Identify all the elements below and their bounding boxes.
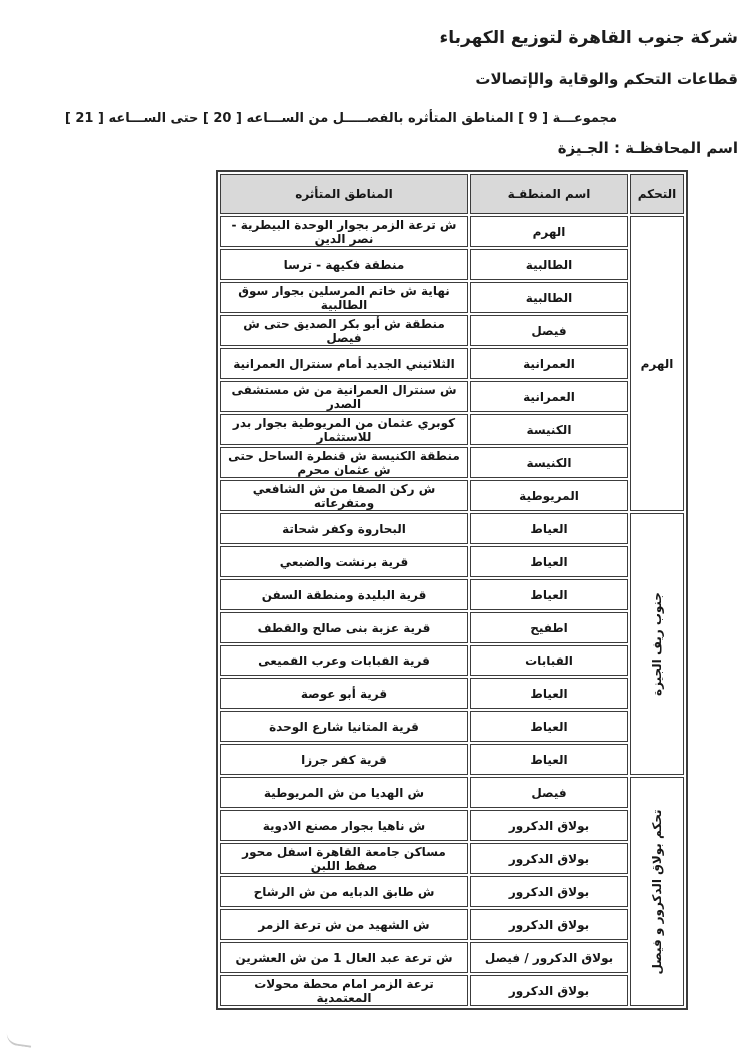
table-row: الطالبية منطقة فكيهة - ترسا <box>220 249 684 280</box>
area-cell: العمرانية <box>470 348 628 379</box>
document-page: شركة جنوب القاهرة لتوزيع الكهرباء قطاعات… <box>0 0 750 1060</box>
table-row: الكنيسة منطقة الكنيسة ش قنطرة الساحل حتى… <box>220 447 684 478</box>
table-row: العمرانية الثلاثيني الجديد أمام سنترال ا… <box>220 348 684 379</box>
table-row: بولاق الدكرور / فيصل ش ترعة عبد العال 1 … <box>220 942 684 973</box>
table-row: الكنيسة كوبري عثمان من المريوطية بجوار ب… <box>220 414 684 445</box>
area-cell: اطفيح <box>470 612 628 643</box>
table-row: العياط قرية البليدة ومنطقة السفن <box>220 579 684 610</box>
area-cell: العياط <box>470 744 628 775</box>
group-outage-schedule-line: مجموعـــة [ 9 ] المناطق المتأثره بالفصــ… <box>65 111 617 126</box>
area-cell: بولاق الدكرور <box>470 843 628 874</box>
area-cell: العياط <box>470 579 628 610</box>
table-row: العياط قرية برنشت والضبعي <box>220 546 684 577</box>
table-row: الطالبية نهاية ش خاتم المرسلين بجوار سوق… <box>220 282 684 313</box>
col-header-affected: المناطق المتأثره <box>220 174 468 214</box>
sectors-subtitle: قطاعات التحكم والوقاية والإتصالات <box>475 70 738 88</box>
area-cell: العمرانية <box>470 381 628 412</box>
affected-cell: منطقة ش أبو بكر الصديق حتى ش فيصل <box>220 315 468 346</box>
affected-cell: ش ترعة عبد العال 1 من ش العشرين <box>220 942 468 973</box>
affected-cell: ترعة الزمر امام محطة محولات المعتمدية <box>220 975 468 1006</box>
table-row: العمرانية ش سنترال العمرانية من ش مستشفى… <box>220 381 684 412</box>
area-cell: العياط <box>470 513 628 544</box>
affected-cell: قرية القبابات وعرب القميعى <box>220 645 468 676</box>
affected-cell: قرية المتانيا شارع الوحدة <box>220 711 468 742</box>
affected-cell: ش الشهيد من ش ترعة الزمر <box>220 909 468 940</box>
table-row: بولاق الدكرور مساكن جامعة القاهرة اسفل م… <box>220 843 684 874</box>
table-row: فيصل منطقة ش أبو بكر الصديق حتى ش فيصل <box>220 315 684 346</box>
area-cell: الكنيسة <box>470 414 628 445</box>
affected-cell: الثلاثيني الجديد أمام سنترال العمرانية <box>220 348 468 379</box>
area-cell: الكنيسة <box>470 447 628 478</box>
col-header-control: التحكم <box>630 174 684 214</box>
table-row: جنوب ريف الجيزة العياط البحاروة وكفر شحا… <box>220 513 684 544</box>
table-row: بولاق الدكرور ش الشهيد من ش ترعة الزمر <box>220 909 684 940</box>
area-cell: بولاق الدكرور <box>470 876 628 907</box>
table-row: المريوطية ش ركن الصفا من ش الشافعي ومتفر… <box>220 480 684 511</box>
affected-cell: ش ناهيا بجوار مصنع الادوية <box>220 810 468 841</box>
table-row: العياط قرية أبو عوصة <box>220 678 684 709</box>
control-group-cell-south-giza-rural: جنوب ريف الجيزة <box>630 513 684 775</box>
affected-cell: ش طابق الدبايه من ش الرشاح <box>220 876 468 907</box>
area-cell: بولاق الدكرور <box>470 975 628 1006</box>
table-row: اطفيح قرية عزبة بنى صالح والقطف <box>220 612 684 643</box>
area-cell: فيصل <box>470 315 628 346</box>
company-title: شركة جنوب القاهرة لتوزيع الكهرباء <box>440 28 738 48</box>
area-cell: العياط <box>470 678 628 709</box>
affected-cell: كوبري عثمان من المريوطية بجوار بدر للاست… <box>220 414 468 445</box>
control-group-label: تحكم بولاق الدكرور و فيصل <box>650 809 664 974</box>
area-cell: الطالبية <box>470 282 628 313</box>
affected-cell: ش الهديا من ش المريوطية <box>220 777 468 808</box>
affected-cell: ش ركن الصفا من ش الشافعي ومتفرعاته <box>220 480 468 511</box>
affected-cell: البحاروة وكفر شحاتة <box>220 513 468 544</box>
area-cell: الهرم <box>470 216 628 247</box>
affected-cell: نهاية ش خاتم المرسلين بجوار سوق الطالبية <box>220 282 468 313</box>
control-group-cell-haram: الهرم <box>630 216 684 511</box>
affected-cell: قرية كفر جرزا <box>220 744 468 775</box>
col-header-area: اسم المنطقـة <box>470 174 628 214</box>
table-header-row: التحكم اسم المنطقـة المناطق المتأثره <box>220 174 684 214</box>
affected-cell: ش ترعة الزمر بجوار الوحدة البيطرية - نصر… <box>220 216 468 247</box>
area-cell: القبابات <box>470 645 628 676</box>
table-row: القبابات قرية القبابات وعرب القميعى <box>220 645 684 676</box>
affected-cell: ش سنترال العمرانية من ش مستشفى الصدر <box>220 381 468 412</box>
table-row: بولاق الدكرور ش طابق الدبايه من ش الرشاح <box>220 876 684 907</box>
affected-cell: قرية برنشت والضبعي <box>220 546 468 577</box>
area-cell: العياط <box>470 546 628 577</box>
area-cell: العياط <box>470 711 628 742</box>
control-group-label: جنوب ريف الجيزة <box>650 592 664 696</box>
table-row: بولاق الدكرور ش ناهيا بجوار مصنع الادوية <box>220 810 684 841</box>
affected-cell: منطقة الكنيسة ش قنطرة الساحل حتى ش عثمان… <box>220 447 468 478</box>
affected-cell: منطقة فكيهة - ترسا <box>220 249 468 280</box>
outage-table: التحكم اسم المنطقـة المناطق المتأثره اله… <box>216 170 688 1010</box>
affected-cell: قرية البليدة ومنطقة السفن <box>220 579 468 610</box>
table-row: تحكم بولاق الدكرور و فيصل فيصل ش الهديا … <box>220 777 684 808</box>
scan-corner-artifact <box>5 1032 32 1048</box>
area-cell: فيصل <box>470 777 628 808</box>
table-row: بولاق الدكرور ترعة الزمر امام محطة محولا… <box>220 975 684 1006</box>
area-cell: بولاق الدكرور / فيصل <box>470 942 628 973</box>
affected-cell: قرية عزبة بنى صالح والقطف <box>220 612 468 643</box>
affected-cell: قرية أبو عوصة <box>220 678 468 709</box>
area-cell: الطالبية <box>470 249 628 280</box>
area-cell: المريوطية <box>470 480 628 511</box>
control-group-label: الهرم <box>635 357 679 371</box>
control-group-cell-boulaq-faisal: تحكم بولاق الدكرور و فيصل <box>630 777 684 1006</box>
governorate-name-line: اسم المحافظـة : الجـيزة <box>558 139 738 157</box>
table-row: العياط قرية المتانيا شارع الوحدة <box>220 711 684 742</box>
affected-cell: مساكن جامعة القاهرة اسفل محور صفط اللبن <box>220 843 468 874</box>
table-row: العياط قرية كفر جرزا <box>220 744 684 775</box>
area-cell: بولاق الدكرور <box>470 810 628 841</box>
table-row: الهرم الهرم ش ترعة الزمر بجوار الوحدة ال… <box>220 216 684 247</box>
area-cell: بولاق الدكرور <box>470 909 628 940</box>
